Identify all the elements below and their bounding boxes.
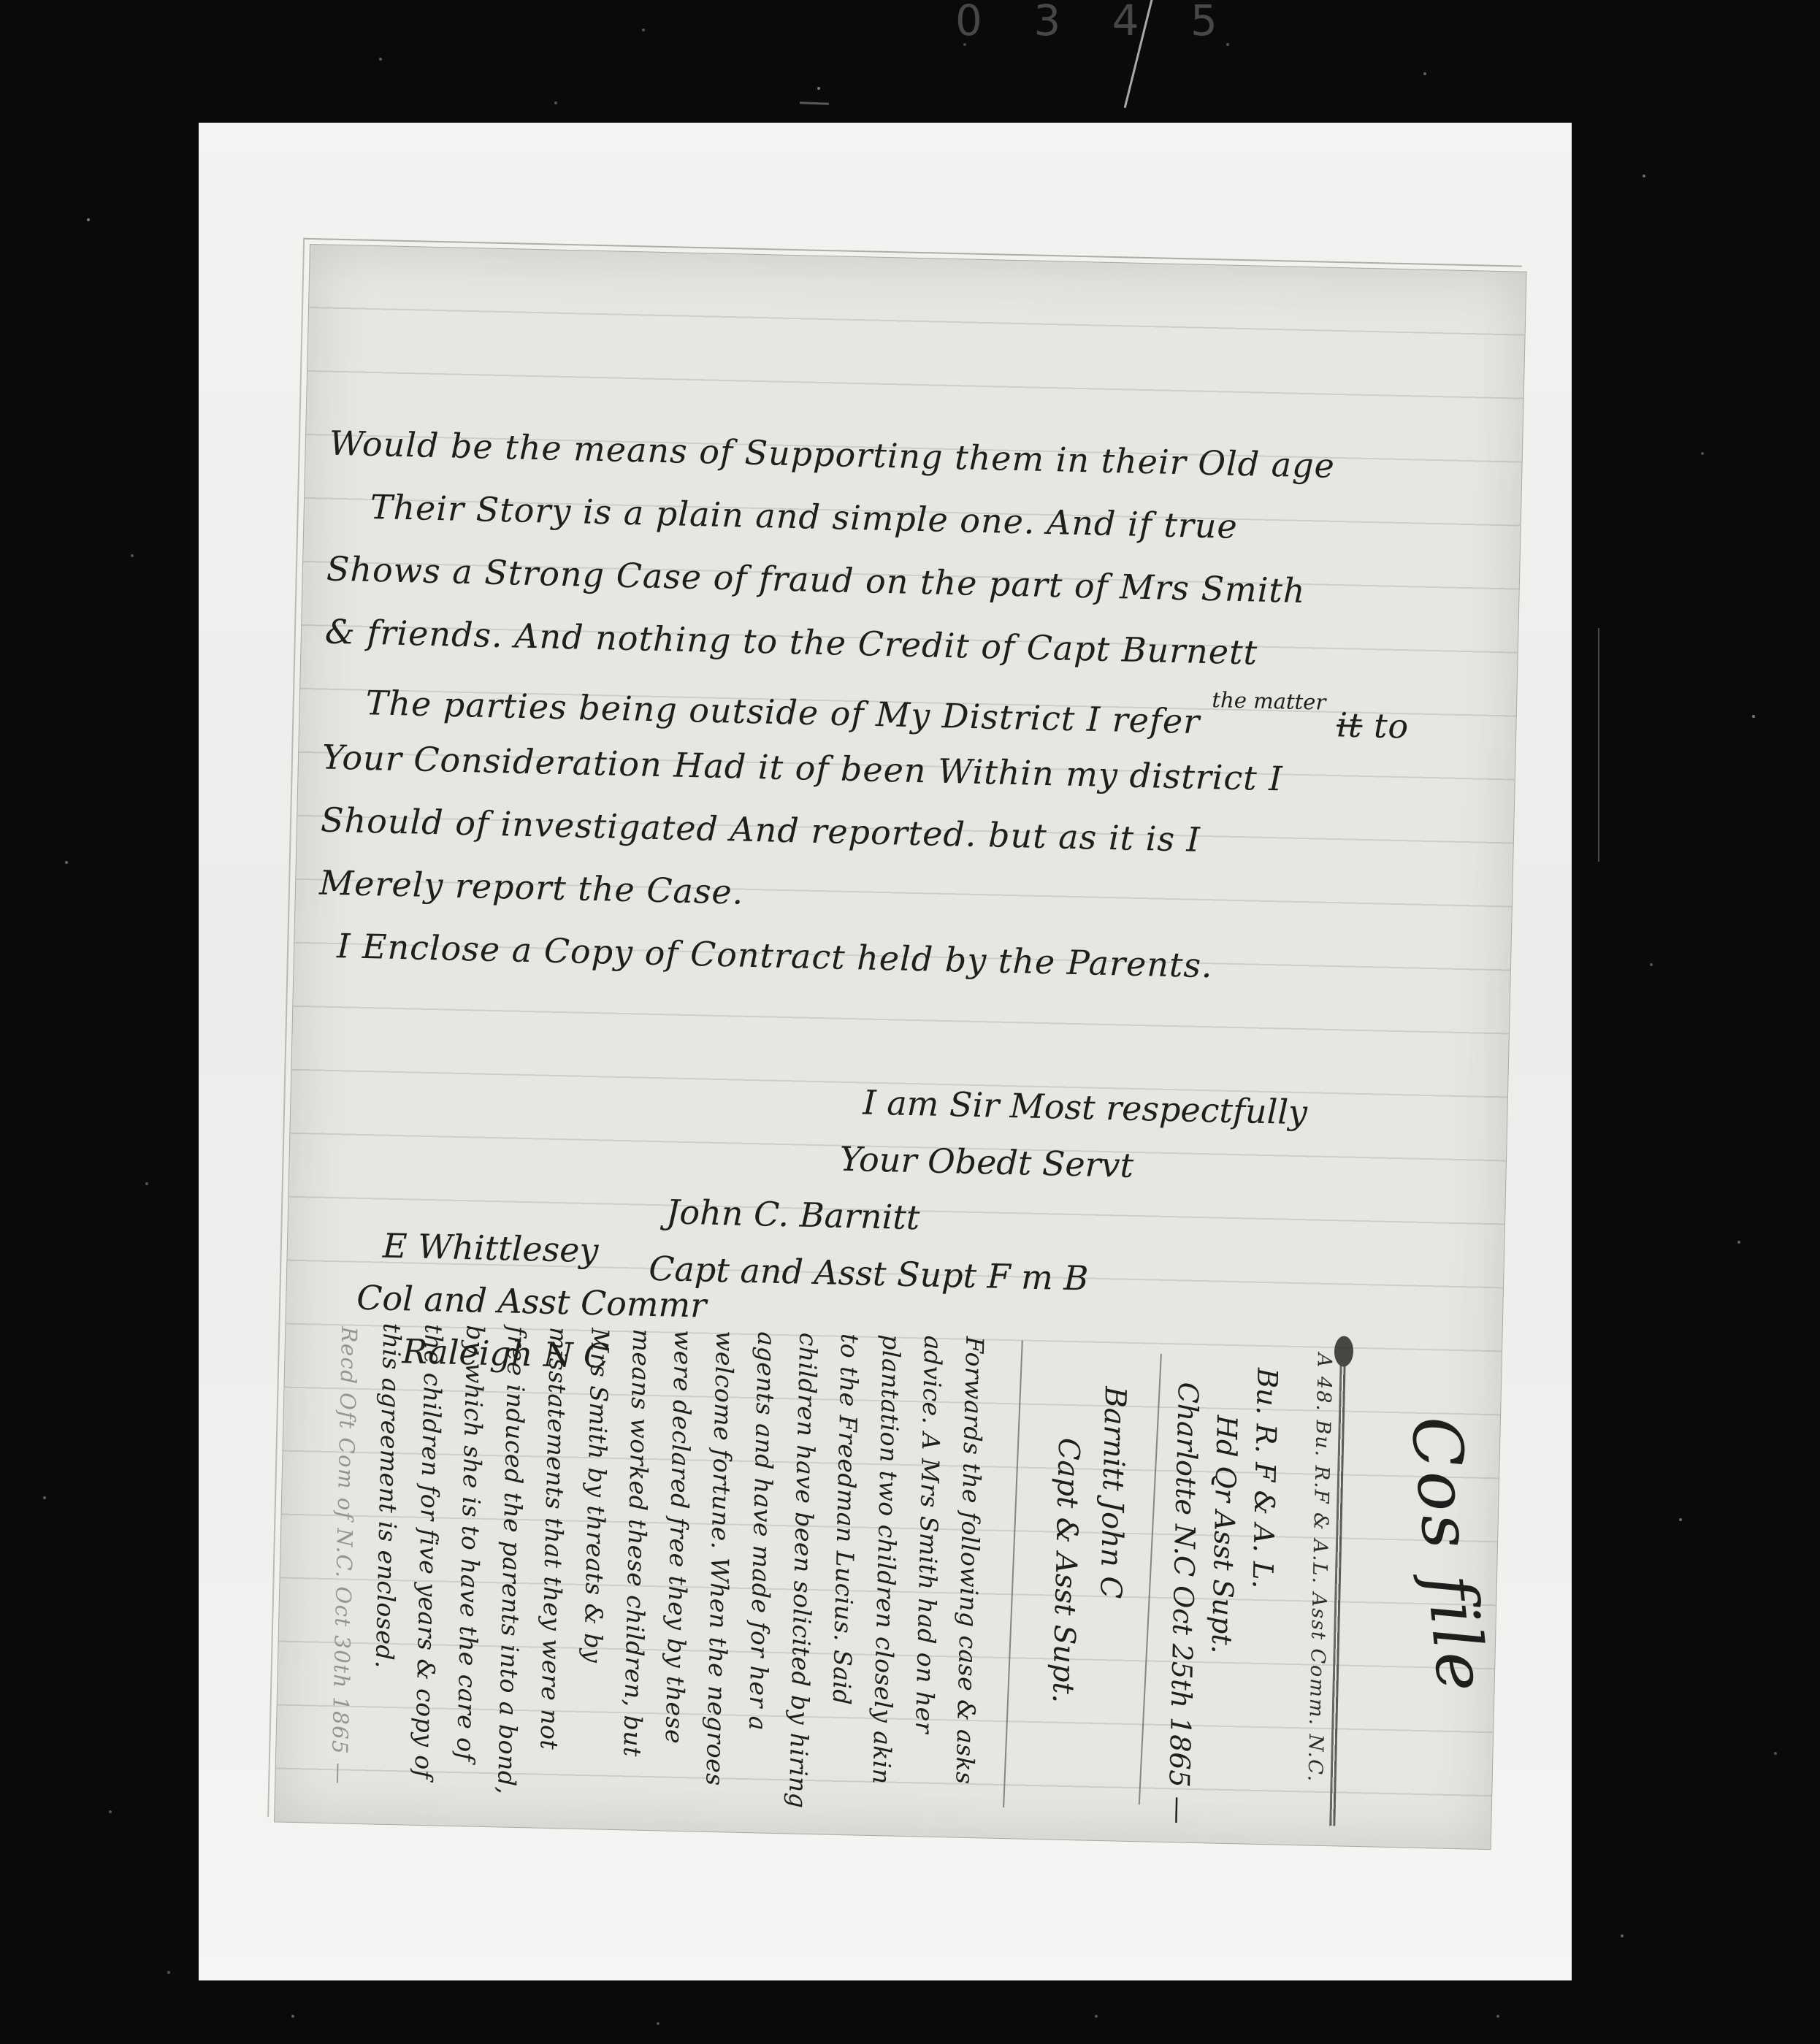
- microfilm-scan: 0 3 4 5 Would be the means of Supporting…: [0, 0, 1820, 2044]
- docket-sender-block: Barnitt John C Capt & Asst Supt.: [1040, 1385, 1138, 1704]
- received-stamp-note: Recd Oft Com of N.C. Oct 30th 1865 —: [326, 1326, 362, 1802]
- struck-word: it: [1337, 705, 1363, 745]
- signature-block: I am Sir Most respectfully Your Obedt Se…: [838, 1073, 1308, 1312]
- file-label: Cos file: [1396, 1412, 1501, 1697]
- film-scratch: [1598, 628, 1599, 862]
- closing-line: I am Sir Most respectfully: [863, 1073, 1308, 1141]
- docket-divider-rule: [1139, 1354, 1162, 1804]
- docket-office-block: Bu. R. F & A. L. Hd Qr Asst Supt. Charlo…: [1158, 1366, 1287, 1826]
- film-dust-speckles: [0, 0, 1, 1]
- docket-sender-name: Barnitt John C: [1085, 1386, 1138, 1705]
- docket-summary: Forwards the following case & asks advic…: [361, 1323, 996, 1815]
- closing-line: Your Obedt Servt: [839, 1130, 1307, 1198]
- docket-divider-rule: [1003, 1341, 1023, 1808]
- revision-post-text: to: [1362, 705, 1410, 746]
- film-scratch: [800, 102, 829, 104]
- letter-body: Would be the means of Supporting them in…: [317, 412, 1509, 1003]
- file-reference-note: A 48. Bu. R.F & A.L. Asst Comm. N.C.: [1304, 1353, 1336, 1783]
- letter-page: Would be the means of Supporting them in…: [275, 245, 1526, 1849]
- docket-sender-title: Capt & Asst Supt.: [1040, 1437, 1091, 1704]
- film-frame-number: 0 3 4 5: [955, 0, 1236, 45]
- addressee-name: E Whittlesey: [382, 1220, 708, 1279]
- rotated-docket: Cos file A 48. Bu. R.F & A.L. Asst Comm.…: [275, 1304, 1498, 1842]
- inserted-words: the matter: [1212, 687, 1326, 715]
- docket-band: Cos file A 48. Bu. R.F & A.L. Asst Comm.…: [275, 1304, 1498, 1842]
